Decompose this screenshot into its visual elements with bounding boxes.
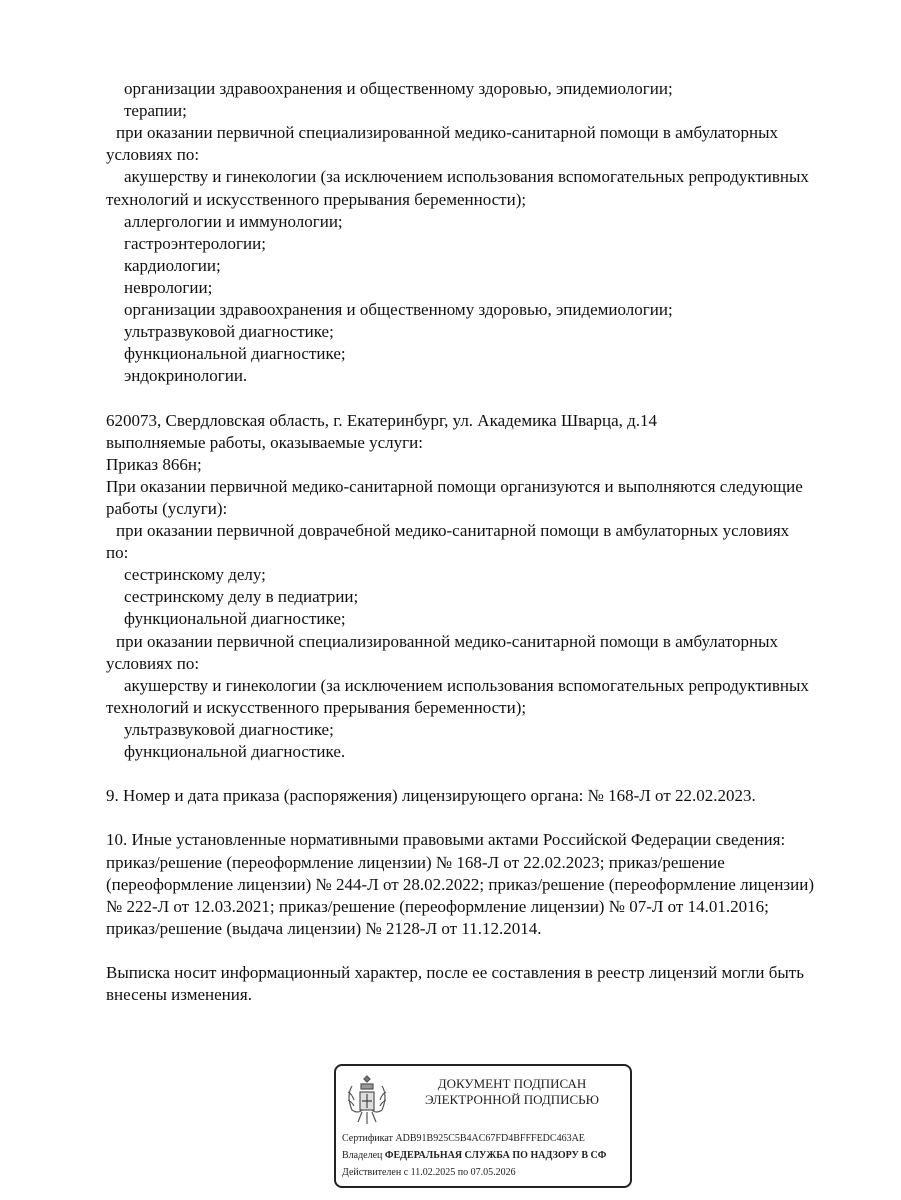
document-line: неврологии; — [124, 277, 212, 299]
document-line: при оказании первичной доврачебной медик… — [116, 520, 789, 542]
certificate-value: ADB91B925C5B4AC67FD4BFFFEDC463AE — [395, 1133, 584, 1144]
document-line: аллергологии и иммунологии; — [124, 211, 343, 233]
owner-value: ФЕДЕРАЛЬНАЯ СЛУЖБА ПО НАДЗОРУ В СФ — [385, 1150, 606, 1161]
owner-label: Владелец — [342, 1150, 382, 1161]
russian-coat-of-arms-icon — [344, 1072, 390, 1128]
document-line: по: — [106, 542, 128, 564]
document-line: акушерству и гинекологии (за исключением… — [124, 166, 809, 188]
document-line: внесены изменения. — [106, 984, 252, 1006]
document-line: эндокринологии. — [124, 365, 247, 387]
document-line: условиях по: — [106, 653, 199, 675]
document-line: 10. Иные установленные нормативными прав… — [106, 829, 785, 851]
stamp-title-line1: ДОКУМЕНТ ПОДПИСАН — [402, 1076, 622, 1092]
document-line: № 222-Л от 12.03.2021; приказ/решение (п… — [106, 896, 769, 918]
document-line: приказ/решение (переоформление лицензии)… — [106, 852, 725, 874]
document-line: При оказании первичной медико-санитарной… — [106, 476, 803, 498]
document-line: 620073, Свердловская область, г. Екатери… — [106, 410, 657, 432]
document-line: работы (услуги): — [106, 498, 227, 520]
document-line: функциональной диагностике. — [124, 741, 345, 763]
document-line: ультразвуковой диагностике; — [124, 719, 334, 741]
document-line: сестринскому делу; — [124, 564, 266, 586]
document-line: условиях по: — [106, 144, 199, 166]
document-line: выполняемые работы, оказываемые услуги: — [106, 432, 423, 454]
document-line: 9. Номер и дата приказа (распоряжения) л… — [106, 785, 756, 807]
document-line: организации здравоохранения и общественн… — [124, 299, 673, 321]
document-line: при оказании первичной специализированно… — [116, 122, 778, 144]
document-line: организации здравоохранения и общественн… — [124, 78, 673, 100]
certificate-label: Сертификат — [342, 1133, 393, 1144]
document-line: терапии; — [124, 100, 187, 122]
document-line: технологий и искусственного прерывания б… — [106, 189, 526, 211]
certificate-line: Сертификат ADB91B925C5B4AC67FD4BFFFEDC46… — [342, 1132, 585, 1145]
document-line: технологий и искусственного прерывания б… — [106, 697, 526, 719]
document-line: Выписка носит информационный характер, п… — [106, 962, 804, 984]
document-line: акушерству и гинекологии (за исключением… — [124, 675, 809, 697]
stamp-title-line2: ЭЛЕКТРОННОЙ ПОДПИСЬЮ — [402, 1092, 622, 1108]
document-line: (переоформление лицензии) № 244-Л от 28.… — [106, 874, 814, 896]
stamp-title: ДОКУМЕНТ ПОДПИСАН ЭЛЕКТРОННОЙ ПОДПИСЬЮ — [402, 1076, 622, 1108]
document-line: Приказ 866н; — [106, 454, 202, 476]
document-line: приказ/решение (выдача лицензии) № 2128-… — [106, 918, 541, 940]
owner-line: Владелец ФЕДЕРАЛЬНАЯ СЛУЖБА ПО НАДЗОРУ В… — [342, 1149, 606, 1162]
document-line: функциональной диагностике; — [124, 343, 346, 365]
electronic-signature-stamp: ДОКУМЕНТ ПОДПИСАН ЭЛЕКТРОННОЙ ПОДПИСЬЮ С… — [334, 1064, 632, 1188]
document-line: функциональной диагностике; — [124, 608, 346, 630]
document-line: ультразвуковой диагностике; — [124, 321, 334, 343]
document-line: при оказании первичной специализированно… — [116, 631, 778, 653]
validity-line: Действителен с 11.02.2025 по 07.05.2026 — [342, 1166, 516, 1179]
document-line: кардиологии; — [124, 255, 221, 277]
document-line: гастроэнтерологии; — [124, 233, 266, 255]
document-line: сестринскому делу в педиатрии; — [124, 586, 358, 608]
